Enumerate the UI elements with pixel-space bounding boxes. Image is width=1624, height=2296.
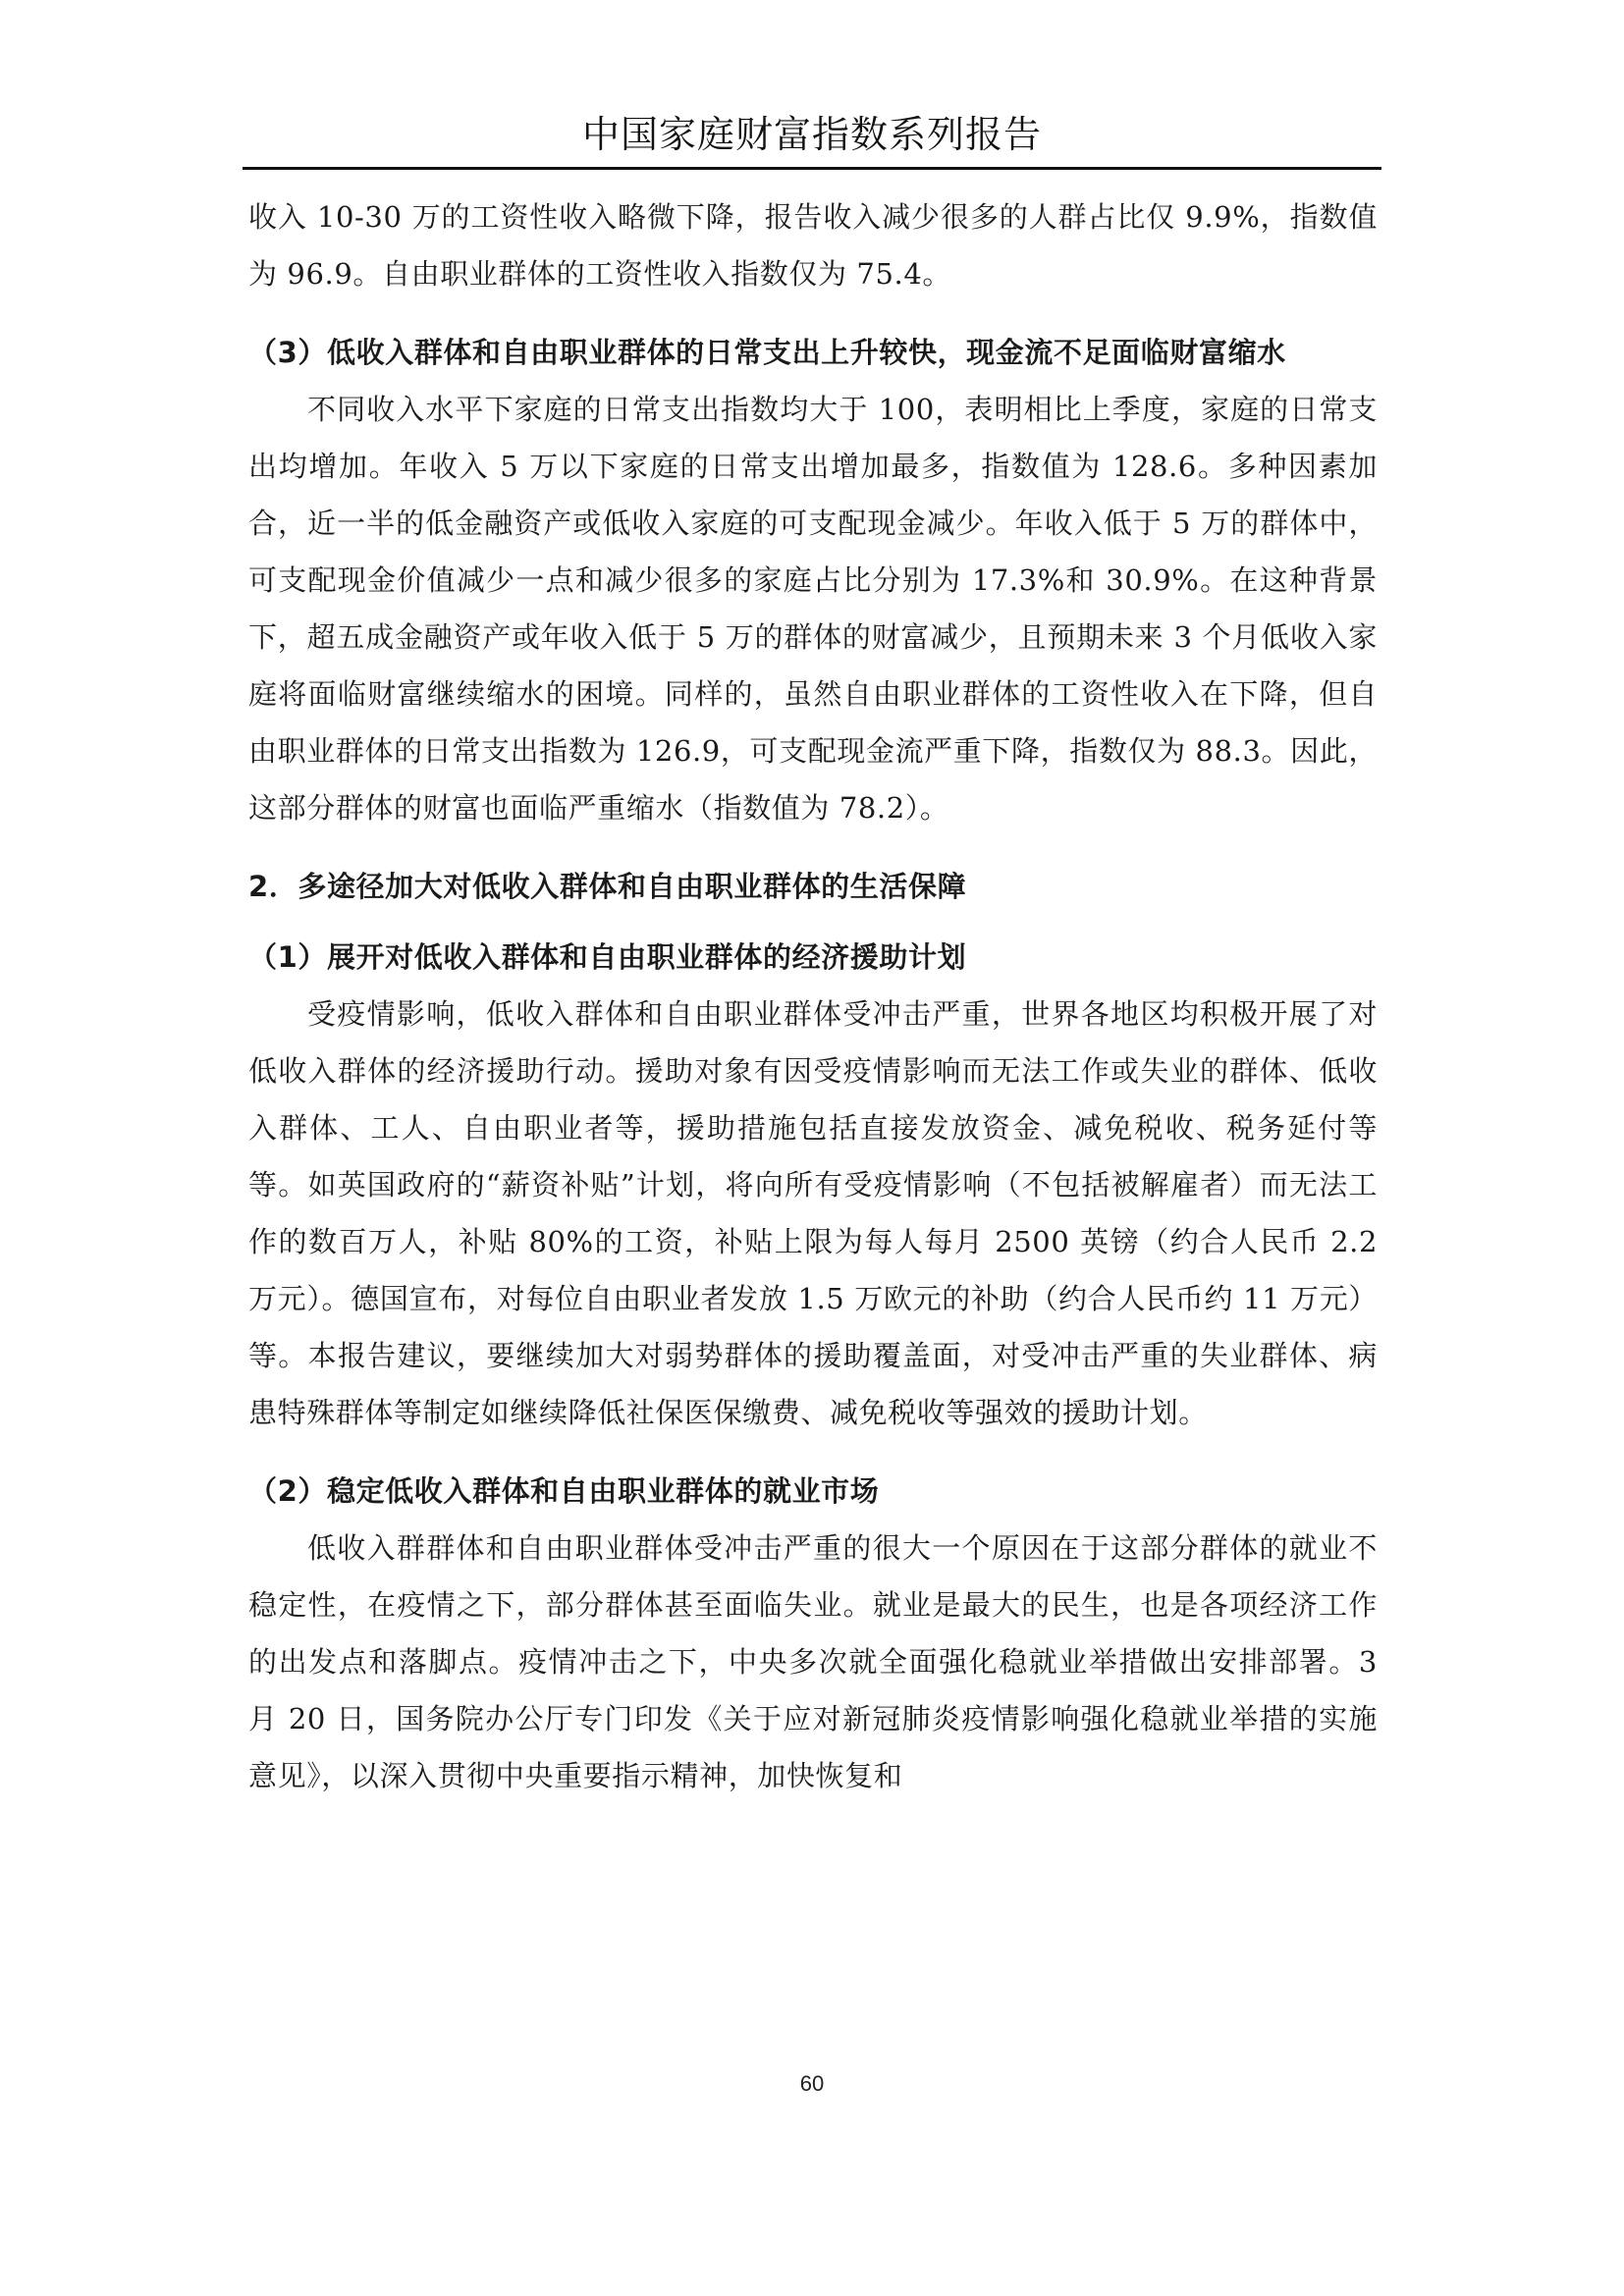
subsection-2-paragraph: 低收入群群体和自由职业群体受冲击严重的很大一个原因在于这部分群体的就业不稳定性，… xyxy=(248,1520,1378,1804)
section-3-heading: （3）低收入群体和自由职业群体的日常支出上升较快，现金流不足面临财富缩水 xyxy=(248,324,1378,381)
header-divider xyxy=(243,167,1381,170)
page-number: 60 xyxy=(0,2071,1624,2097)
continuation-paragraph: 收入 10-30 万的工资性收入略微下降，报告收入减少很多的人群占比仅 9.9%… xyxy=(248,188,1378,302)
section-3-paragraph: 不同收入水平下家庭的日常支出指数均大于 100，表明相比上季度，家庭的日常支出均… xyxy=(248,381,1378,836)
section-2-heading: 2．多途径加大对低收入群体和自由职业群体的生活保障 xyxy=(248,858,1378,915)
running-header-title: 中国家庭财富指数系列报告 xyxy=(243,110,1381,159)
page-content: 收入 10-30 万的工资性收入略微下降，报告收入减少很多的人群占比仅 9.9%… xyxy=(248,188,1378,1804)
subsection-1-paragraph: 受疫情影响，低收入群体和自由职业群体受冲击严重，世界各地区均积极开展了对低收入群… xyxy=(248,986,1378,1441)
subsection-2-heading: （2）稳定低收入群体和自由职业群体的就业市场 xyxy=(248,1463,1378,1520)
subsection-1-heading: （1）展开对低收入群体和自由职业群体的经济援助计划 xyxy=(248,929,1378,986)
document-page: 中国家庭财富指数系列报告 收入 10-30 万的工资性收入略微下降，报告收入减少… xyxy=(0,0,1624,2296)
